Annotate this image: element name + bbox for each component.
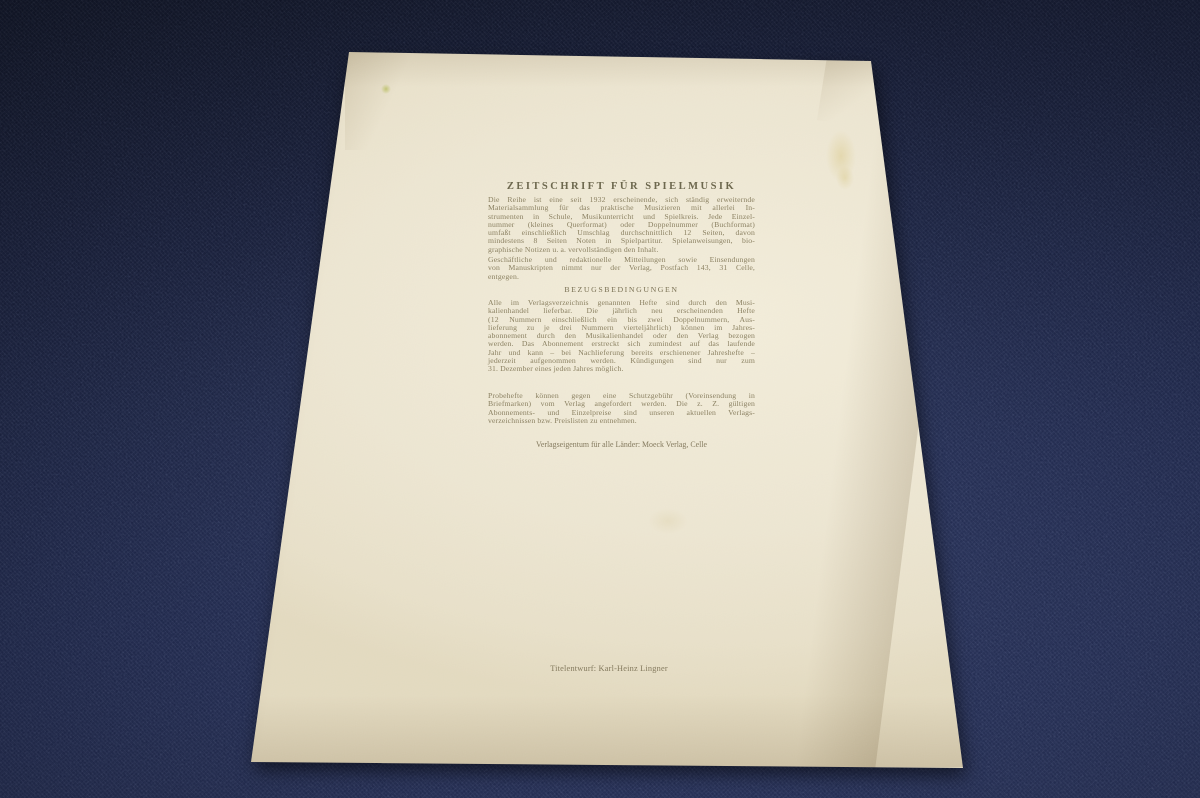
- paper-shading-bottom: [245, 695, 970, 767]
- sample-copies-paragraph: Probehefte können gegen eine Schutzgebüh…: [488, 392, 755, 425]
- paper-crease-top-left: [345, 50, 425, 150]
- text-line: 31. Dezember eines jeden Jahres möglich.: [488, 365, 755, 373]
- text-line: graphische Notizen u. a. vervollständige…: [488, 246, 755, 254]
- paper-stain: [836, 166, 854, 190]
- paper-stain: [826, 130, 856, 182]
- subscription-terms-heading: BEZUGSBEDINGUNGEN: [488, 285, 755, 294]
- photo-of-booklet-back-cover: ZEITSCHRIFT FÜR SPIELMUSIK Die Reihe ist…: [0, 0, 1200, 798]
- text-line: verzeichnissen bzw. Preislisten zu entne…: [488, 417, 755, 425]
- subscription-terms-paragraph: Alle im Verlagsverzeichnis genannten Hef…: [488, 299, 755, 374]
- paper-stain: [381, 84, 391, 94]
- paper-shadow-wrapper: ZEITSCHRIFT FÜR SPIELMUSIK Die Reihe ist…: [0, 0, 1200, 798]
- text-line: von Manuskripten nimmt nur der Verlag, P…: [488, 264, 755, 272]
- editorial-contact-paragraph: Geschäftliche und redaktionelle Mitteilu…: [488, 256, 755, 281]
- cover-design-credit: Titelentwurf: Karl-Heinz Lingner: [476, 664, 742, 673]
- paper-shading-right: [775, 37, 966, 774]
- paper-shading-left: [137, 42, 374, 798]
- paper-fold-top-right: [817, 51, 897, 131]
- series-description-paragraph: Die Reihe ist eine seit 1932 erscheinend…: [488, 196, 755, 254]
- paper-stain: [648, 508, 688, 534]
- publisher-ownership-line: Verlagseigentum für alle Länder: Moeck V…: [488, 440, 755, 449]
- booklet-back-cover: ZEITSCHRIFT FÜR SPIELMUSIK Die Reihe ist…: [0, 0, 1200, 798]
- paper-shading-top: [340, 45, 880, 87]
- series-title: ZEITSCHRIFT FÜR SPIELMUSIK: [488, 181, 755, 192]
- text-line: entgegen.: [488, 273, 755, 281]
